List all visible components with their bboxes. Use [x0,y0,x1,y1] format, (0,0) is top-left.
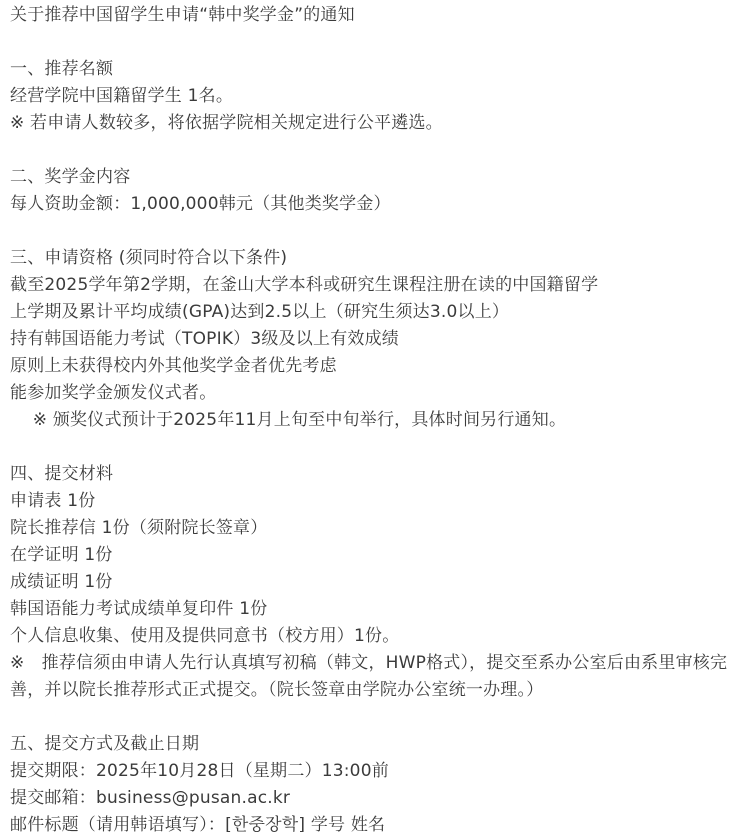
section-eligibility: 三、申请资格 (须同时符合以下条件) 截至2025学年第2学期，在釜山大学本科或… [10,245,731,434]
text-line: 每人资助金额：1,000,000韩元（其他类奖学金） [10,191,731,218]
text-line: 持有韩国语能力考试（TOPIK）3级及以上有效成绩 [10,326,731,353]
text-line: 邮件标题（请用韩语填写）：[한중장학] 学号 姓名 [10,812,731,832]
submission-email-line: 提交邮箱：business@pusan.ac.kr [10,785,731,812]
section-heading: 五、提交方式及截止日期 [10,731,731,758]
text-line: ※ 颁奖仪式预计于2025年11月上旬至中旬举行，具体时间另行通知。 [10,407,731,434]
text-line: 申请表 1份 [10,488,731,515]
section-heading: 一、推荐名额 [10,56,731,83]
text-line: 能参加奖学金颁发仪式者。 [10,380,731,407]
text-line: 善，并以院长推荐形式正式提交。（院长签章由学院办公室统一办理。） [10,677,731,704]
notice-title: 关于推荐中国留学生申请“韩中奖学金”的通知 [10,2,731,29]
section-scholarship-content: 二、奖学金内容 每人资助金额：1,000,000韩元（其他类奖学金） [10,164,731,218]
text-line: ※ 推荐信须由申请人先行认真填写初稿（韩文，HWP格式），提交至系办公室后由系里… [10,650,731,677]
text-line: 成绩证明 1份 [10,569,731,596]
section-heading: 三、申请资格 (须同时符合以下条件) [10,245,731,272]
section-quota: 一、推荐名额 经营学院中国籍留学生 1名。 ※ 若申请人数较多，将依据学院相关规… [10,56,731,137]
text-line: 上学期及累计平均成绩(GPA)达到2.5以上（研究生须达3.0以上） [10,299,731,326]
section-heading: 四、提交材料 [10,461,731,488]
text-line: 韩国语能力考试成绩单复印件 1份 [10,596,731,623]
text-line: 经营学院中国籍留学生 1名。 [10,83,731,110]
section-materials: 四、提交材料 申请表 1份 院长推荐信 1份（须附院长签章） 在学证明 1份 成… [10,461,731,704]
text-line: 在学证明 1份 [10,542,731,569]
text-line: 个人信息收集、使用及提供同意书（校方用）1份。 [10,623,731,650]
text-line: 截至2025学年第2学期，在釜山大学本科或研究生课程注册在读的中国籍留学 [10,272,731,299]
section-heading: 二、奖学金内容 [10,164,731,191]
text-line: 院长推荐信 1份（须附院长签章） [10,515,731,542]
notice-document: 关于推荐中国留学生申请“韩中奖学金”的通知 一、推荐名额 经营学院中国籍留学生 … [0,0,743,832]
text-line: 原则上未获得校内外其他奖学金者优先考虑 [10,353,731,380]
text-line: 提交期限：2025年10月28日（星期二）13:00前 [10,758,731,785]
section-submission: 五、提交方式及截止日期 提交期限：2025年10月28日（星期二）13:00前 … [10,731,731,832]
text-line: ※ 若申请人数较多，将依据学院相关规定进行公平遴选。 [10,110,731,137]
